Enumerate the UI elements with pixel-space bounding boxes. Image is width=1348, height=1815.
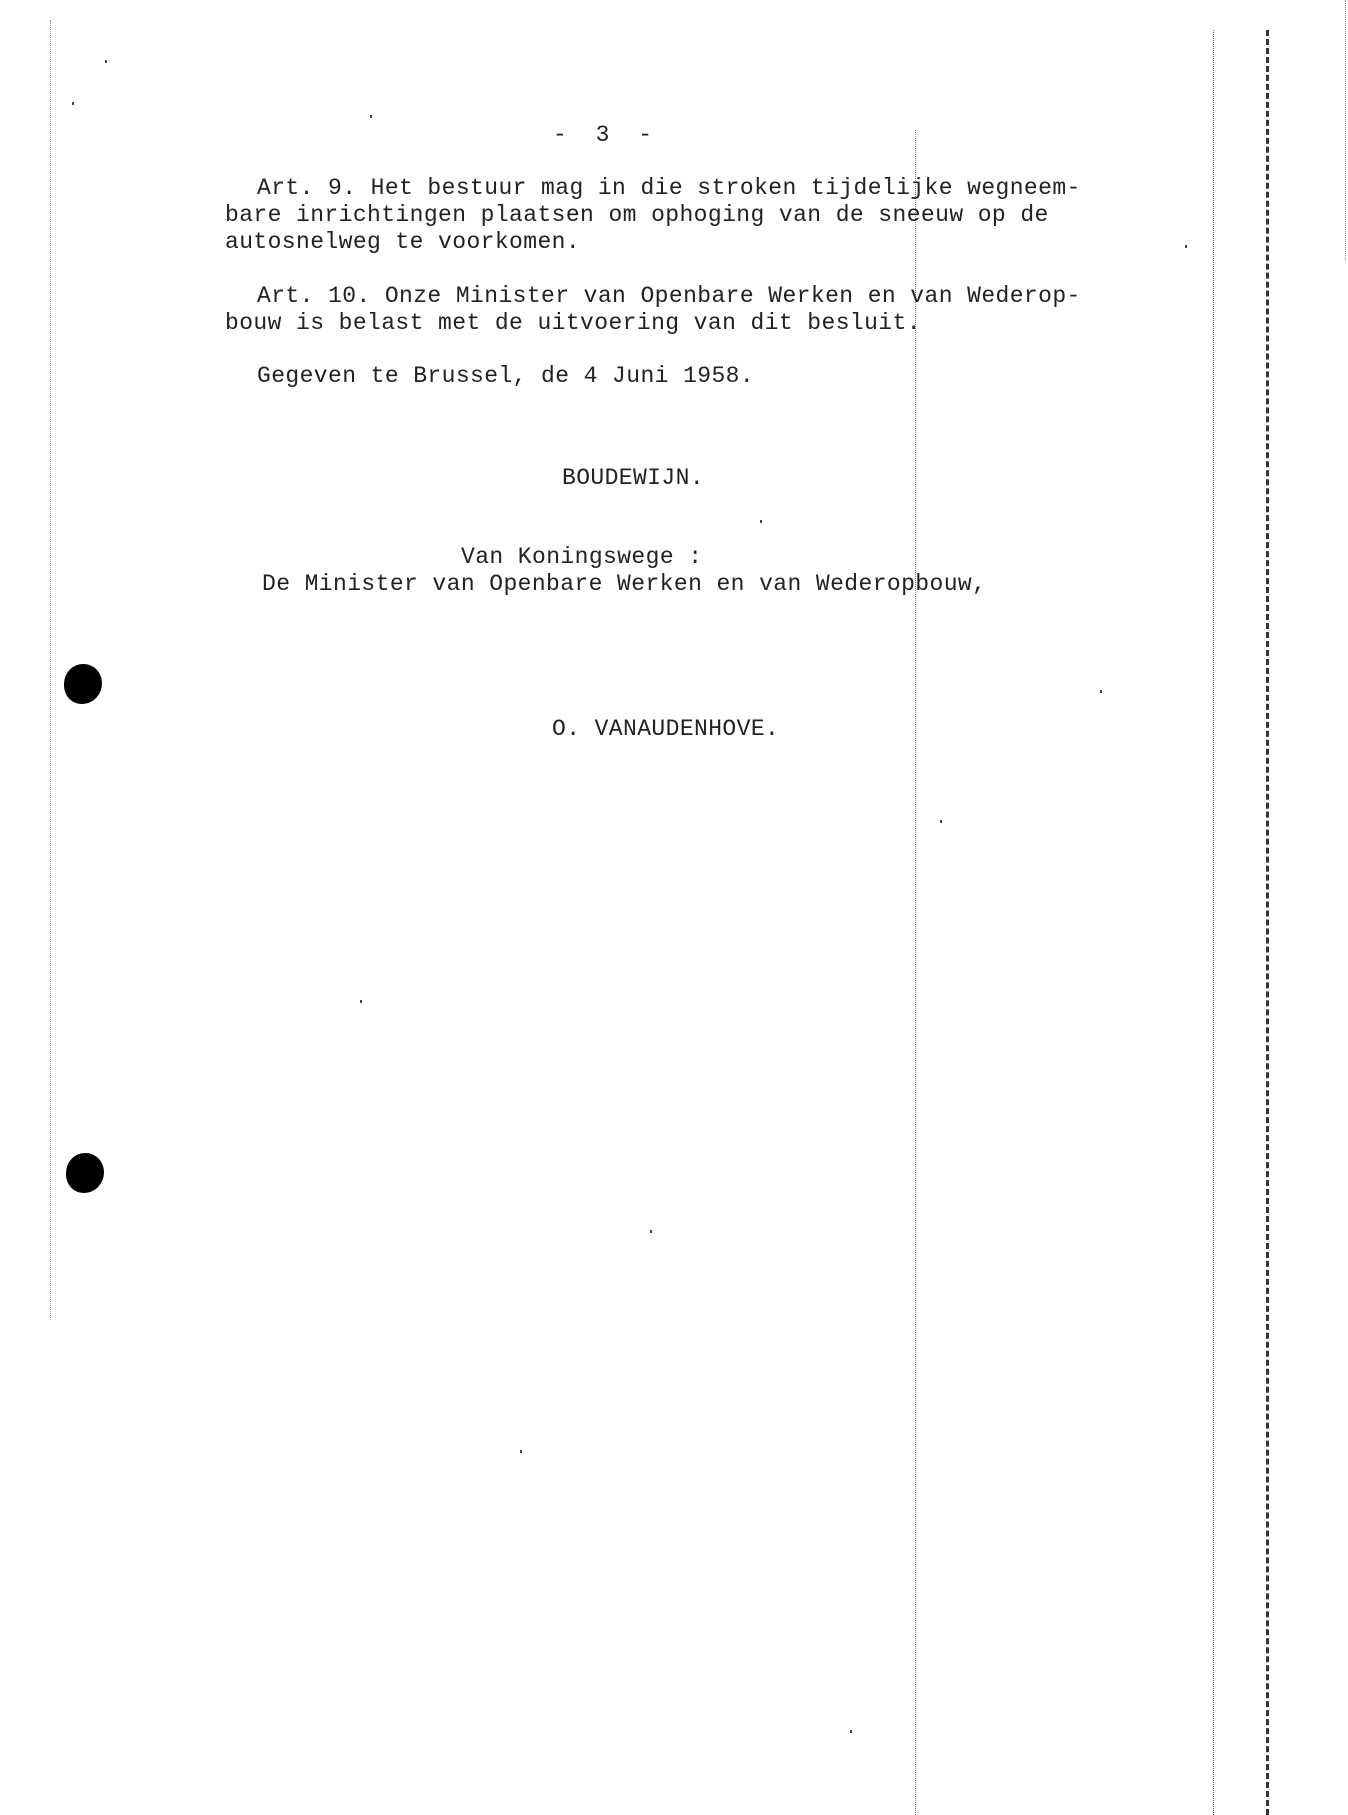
scan-artifact-line bbox=[1266, 30, 1269, 1815]
punch-hole bbox=[66, 1153, 104, 1193]
minister-title: De Minister van Openbare Werken en van W… bbox=[262, 571, 986, 598]
scan-speck bbox=[1100, 690, 1102, 693]
scan-speck bbox=[1185, 245, 1187, 248]
scan-speck bbox=[370, 115, 372, 118]
article-10-line: Art. 10. Onze Minister van Openbare Werk… bbox=[257, 283, 1081, 310]
article-9-line: Art. 9. Het bestuur mag in die stroken t… bbox=[257, 175, 1081, 202]
article-10-line: bouw is belast met de uitvoering van dit… bbox=[225, 310, 921, 337]
article-9-line: bare inrichtingen plaatsen om ophoging v… bbox=[225, 202, 1049, 229]
scanned-document-page: - 3 - Art. 9. Het bestuur mag in die str… bbox=[0, 0, 1348, 1815]
scan-artifact-line bbox=[50, 20, 51, 1320]
scan-speck bbox=[72, 102, 74, 105]
given-at-line: Gegeven te Brussel, de 4 Juni 1958. bbox=[257, 363, 754, 390]
scan-speck bbox=[360, 1000, 362, 1003]
scan-artifact-line bbox=[1345, 0, 1346, 260]
punch-hole bbox=[64, 664, 102, 704]
scan-speck bbox=[105, 60, 107, 63]
scan-speck bbox=[850, 1730, 852, 1733]
king-signature: BOUDEWIJN. bbox=[562, 465, 704, 492]
scan-artifact-line bbox=[915, 130, 916, 1815]
scan-speck bbox=[520, 1450, 522, 1453]
article-9-line: autosnelweg te voorkomen. bbox=[225, 229, 580, 256]
minister-signature: O. VANAUDENHOVE. bbox=[552, 716, 779, 743]
scan-speck bbox=[940, 820, 942, 823]
scan-speck bbox=[760, 520, 762, 523]
royal-order: Van Koningswege : bbox=[461, 544, 702, 571]
scan-artifact-line bbox=[1213, 30, 1214, 1815]
page-number: - 3 - bbox=[553, 122, 652, 149]
scan-speck bbox=[650, 1230, 652, 1233]
